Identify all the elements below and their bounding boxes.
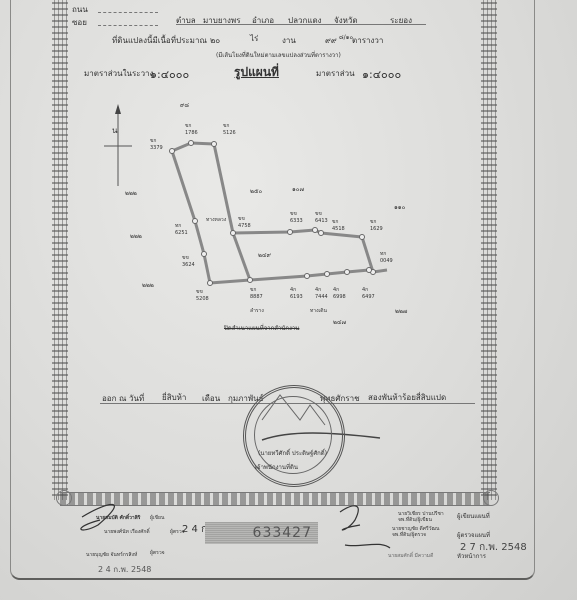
marker-label: ขก3379 [150,137,163,151]
parcel-label: ๒๔๗ [333,317,346,327]
parcel-map [0,0,577,600]
marker-label: 4ก6497 [362,286,375,300]
marker-label: 4ก6998 [333,286,346,300]
marker-label: ขก4518 [332,218,345,232]
right-title-2: จพ.ที่ดิน/ผู้ตรวจ [392,531,426,539]
reviewer-role: ผู้ตรวจ [150,549,165,557]
parcel-label: ๒๒๗ [395,306,407,316]
canal-label-map: ลำราง [250,307,264,315]
marker-label: ขข6333 [290,210,303,224]
parcel-label: ๒๒๒ [130,231,142,241]
marker-label: 4ก7444 [315,286,328,300]
marker-label: ขข6413 [315,210,328,224]
head-role: หัวหน้าการ [457,551,486,561]
marker-label: ขข3624 [182,254,195,268]
parcel-label: ๒๔๙ [258,250,271,260]
parcel-label: ๑๐๗ [292,184,304,194]
marker-label: ขก8887 [250,286,263,300]
date-stamp-bottom: 2 4 ก.พ. 2548 [98,563,151,576]
head-name: นายสมศักดิ์ มีความดี [388,552,433,560]
marker-label: ทก0049 [380,250,393,264]
map-bottom-note: ปิดสำเนาแผนที่จากสำนักงาน [224,323,299,333]
right-role-1: ผู้เขียนแผนที่ [457,511,490,521]
marker-label: ขข5208 [196,288,209,302]
right-title-1: จพ.ที่ดิน/ผู้เขียน [398,516,432,524]
marker-label: 4ก6193 [290,286,303,300]
marker-label: ขก1786 [185,122,198,136]
road2-label-map: ทางเดิน [310,307,327,315]
writer-role: ผู้เขียน [150,514,164,522]
marker-label: ขก1629 [370,218,383,232]
officer-name: (นายทวีศักดิ์ ประดิษฐ์ศักดิ์) [258,448,327,458]
document-paper: ถนน ซอย ตำบล มาบยางพร อำเภอ ปลวกแดง จังห… [0,0,577,600]
north-arrow-icon [104,104,132,186]
serial-number-stamp: 633427 [205,522,318,544]
top-parcel-label: ๙๘ [180,100,189,110]
right-role-2: ผู้ตรวจแผนที่ [457,530,490,540]
officer-title: เจ้าพนักงานที่ดิน [255,462,298,472]
parcel-label: ๒๒๒ [142,280,154,290]
marker-label: ขข4758 [238,215,251,229]
marker-label: ทก6251 [175,222,188,236]
marker-label: ขก5126 [223,122,236,136]
reviewer-name: นายบุญชัย จันทร์กรสิงห์ [86,551,137,559]
parcel-label: ๒๒๒ [125,188,137,198]
writer-name: นายสมบัติ ศักดิ์วาสิริ [96,514,140,522]
road-label-map: ทางหลวง [206,216,226,224]
parcel-label: ๑๑๐ [394,202,405,212]
checker-name: นายพงศ์นัท เรืองศักดิ์ [104,528,150,536]
north-label: น [112,124,117,137]
parcel-label: ๒๕๐ [250,186,262,196]
